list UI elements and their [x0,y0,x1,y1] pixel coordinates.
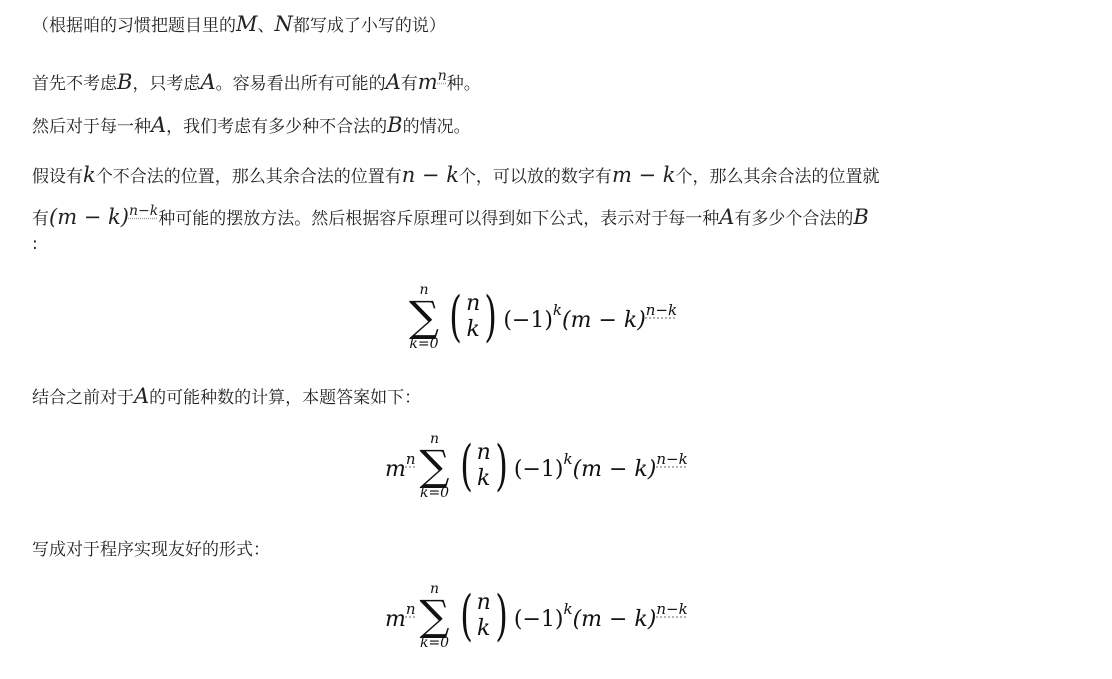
left-paren: ( [460,439,473,493]
text: 、 [258,16,275,36]
math-var: A [200,70,215,94]
sum-lower-limit: k=0 [409,337,438,351]
sigma-symbol: ∑ [420,446,450,486]
factor-power-exp: n−k [646,301,677,319]
sigma-symbol: ∑ [409,297,439,337]
factor-power: (m − k)n−k [562,301,677,333]
factor-power-base: (m − k) [562,308,646,333]
text: 个，可以放的数字有 [459,167,612,187]
formula-inclusion-exclusion: n ∑ k=0 ( n k ) (−1)k (m − k)n−k [405,283,677,351]
text: ，只考虑 [132,74,200,94]
binom-top: n [477,590,491,616]
binom-top: n [466,291,480,317]
factor-sign-base: (−1) [514,457,564,482]
paragraph-invalid-b: 然后对于每一种A，我们考虑有多少种不合法的B的情况。 [32,113,471,139]
prefix-power: mn [385,450,416,482]
text: 假设有 [32,167,83,187]
text: 个不合法的位置，那么其余合法的位置有 [96,167,402,187]
math-var: A [719,205,734,229]
text: 的可能种数的计算，本题答案如下： [149,388,421,408]
paragraph-inclusion-exclusion-line2: 有(m − k)n−k种可能的摆放方法。然后根据容斥原理可以得到如下公式，表示对… [32,199,869,231]
factor-sign-exp: k [553,301,562,319]
text: 然后对于每一种 [32,117,151,137]
summation: n ∑ k=0 [420,582,450,650]
text: 种可能的摆放方法。然后根据容斥原理可以得到如下公式，表示对于每一种 [158,209,719,229]
factor-sign-exp: k [563,450,572,468]
binomial-coefficient: ( n k ) [456,589,512,643]
factor-sign-base: (−1) [503,308,553,333]
math-var: A [386,70,401,94]
math-var: M [236,12,258,36]
factor-power-base: (m − k) [573,457,657,482]
paragraph-combine: 结合之前对于A的可能种数的计算，本题答案如下： [32,384,421,410]
text: 都写成了小写的说） [293,16,446,36]
sigma-symbol: ∑ [420,596,450,636]
prefix-power: mn [385,600,416,632]
binomial-coefficient: ( n k ) [445,290,501,344]
sum-lower-limit: k=0 [420,636,449,650]
left-paren: ( [449,290,462,344]
math-expr: (m − k) [49,205,129,229]
left-paren: ( [460,589,473,643]
math-expr: m − k [612,163,676,187]
text: 有 [401,74,418,94]
text: : [32,234,38,254]
right-paren: ) [495,589,508,643]
text: 。容易看出所有可能的 [216,74,386,94]
text: 种。 [447,74,481,94]
text: 有 [32,209,49,229]
right-paren: ) [495,439,508,493]
factor-sign: (−1)k [503,301,562,333]
prefix-exp: n [406,600,416,618]
factor-power-base: (m − k) [573,607,657,632]
paragraph-inclusion-exclusion-line1: 假设有k个不合法的位置，那么其余合法的位置有n − k个，可以放的数字有m − … [32,163,880,189]
binom-bottom: k [466,317,479,343]
paragraph-count-a: 首先不考虑B，只考虑A。容易看出所有可能的A有mn种。 [32,64,481,96]
text: 有多少个合法的 [734,209,853,229]
binom-top: n [477,440,491,466]
binom-bottom: k [477,616,490,642]
math-expr: n − k [402,163,459,187]
prefix-base: m [385,607,406,632]
paragraph-program-form: 写成对于程序实现友好的形式： [32,538,270,562]
text: 的情况。 [403,117,471,137]
formula-program-form: mn n ∑ k=0 ( n k ) (−1)k (m − k)n−k [385,582,688,650]
summation: n ∑ k=0 [409,283,439,351]
binom-stack: n k [466,291,480,343]
prefix-base: m [385,457,406,482]
formula-answer: mn n ∑ k=0 ( n k ) (−1)k (m − k)n−k [385,432,688,500]
math-exponent: n [438,68,447,84]
math-var: A [151,113,166,137]
text: 结合之前对于 [32,388,134,408]
factor-sign-base: (−1) [514,607,564,632]
factor-power-exp: n−k [656,450,687,468]
factor-sign-exp: k [563,600,572,618]
factor-power: (m − k)n−k [573,450,688,482]
binom-stack: n k [477,590,491,642]
binomial-coefficient: ( n k ) [456,439,512,493]
summation: n ∑ k=0 [420,432,450,500]
math-var: k [83,163,96,187]
math-var: B [853,205,868,229]
right-paren: ) [484,290,497,344]
text: ，我们考虑有多少种不合法的 [166,117,387,137]
math-exponent: n−k [129,203,158,219]
paragraph-colon: : [32,232,38,256]
factor-power-exp: n−k [656,600,687,618]
prefix-exp: n [406,450,416,468]
math-var: A [134,384,149,408]
binom-stack: n k [477,440,491,492]
sum-lower-limit: k=0 [420,486,449,500]
text: （根据咱的习惯把题目里的 [32,16,236,36]
factor-sign: (−1)k [514,450,573,482]
math-var: B [387,113,402,137]
factor-power: (m − k)n−k [573,600,688,632]
text: 写成对于程序实现友好的形式： [32,540,270,560]
text: 首先不考虑 [32,74,117,94]
math-var: B [117,70,132,94]
math-var: m [418,70,438,94]
factor-sign: (−1)k [514,600,573,632]
binom-bottom: k [477,466,490,492]
math-var: N [275,12,293,36]
paragraph-note: （根据咱的习惯把题目里的M、N都写成了小写的说） [32,12,446,38]
text: 个，那么其余合法的位置就 [676,167,880,187]
